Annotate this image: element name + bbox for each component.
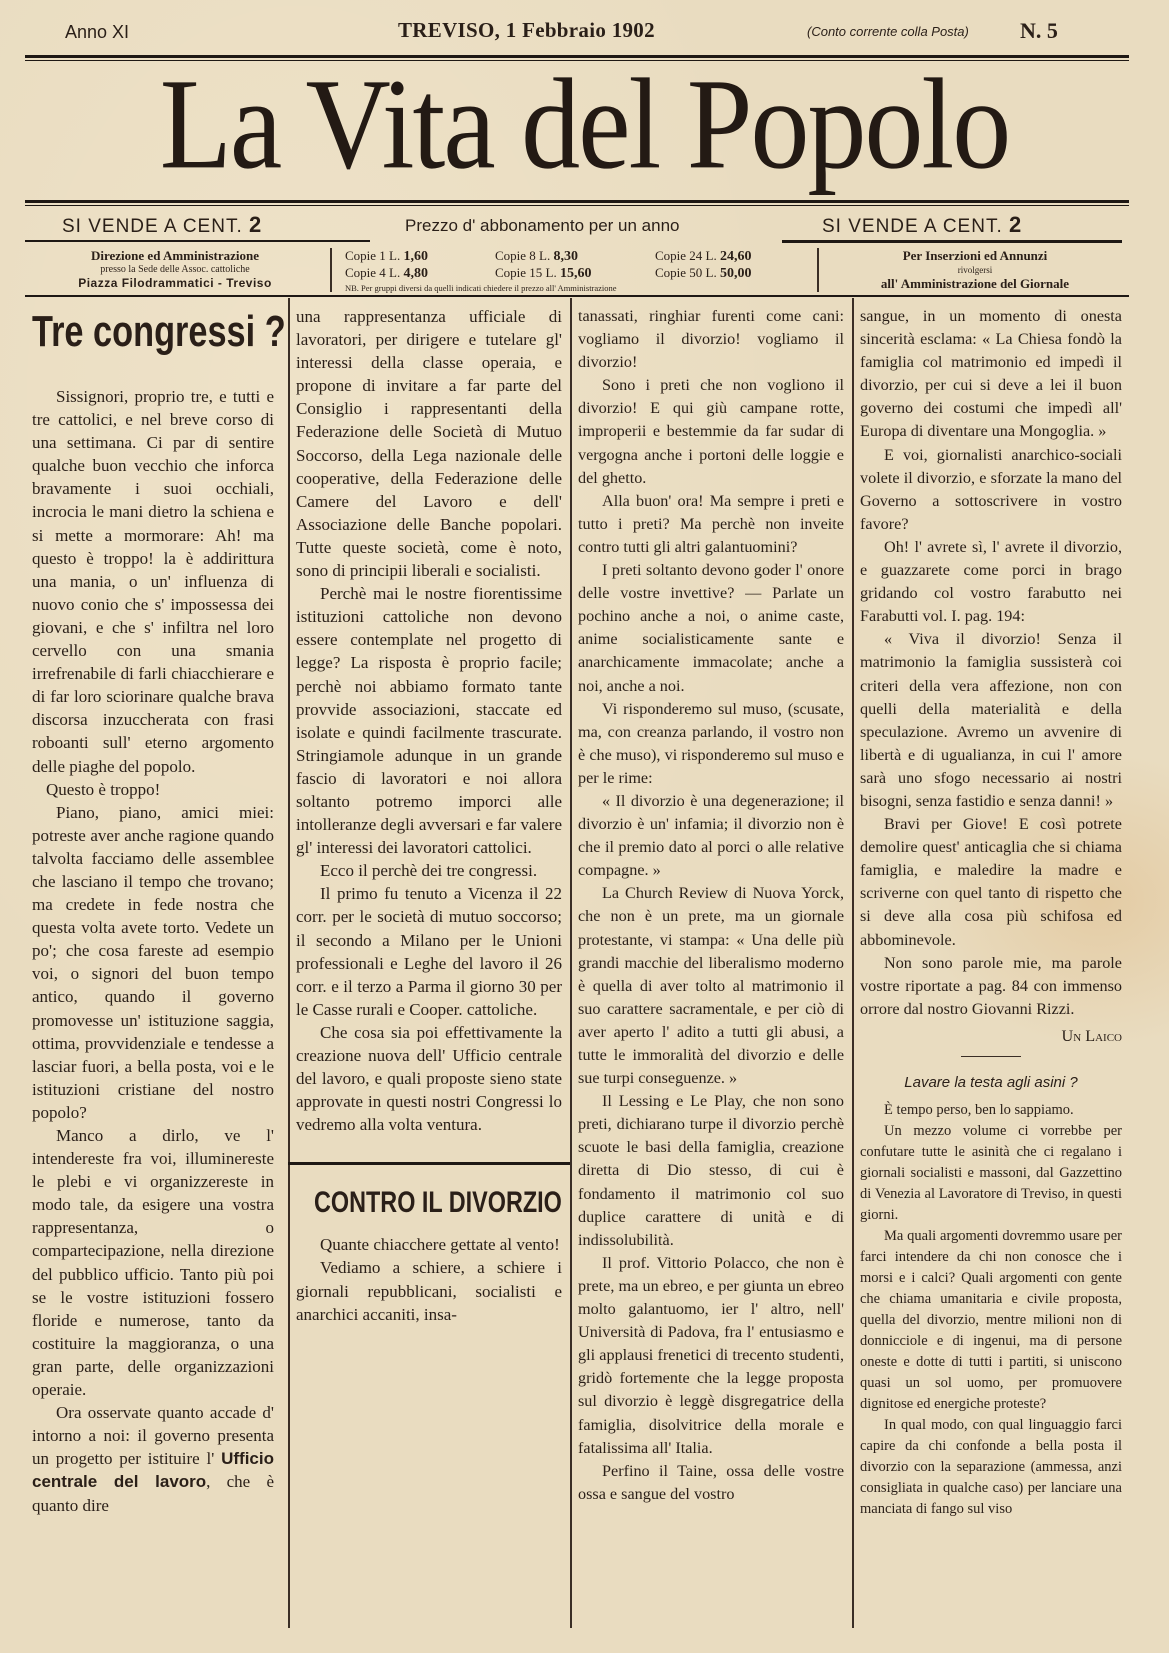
- header-info-band: Direzione ed Amministrazione presso la S…: [25, 248, 1125, 292]
- header-divider-2: [817, 248, 819, 292]
- paragraph: Un mezzo volume ci vorrebbe per confutar…: [860, 1121, 1122, 1226]
- article-title-lavare-la-testa: Lavare la testa agli asini ?: [860, 1071, 1122, 1094]
- paragraph: Il primo fu tenuto a Vicenza il 22 corr.…: [296, 882, 562, 1021]
- column-4: sangue, in un momento di onesta sincerit…: [860, 305, 1122, 1520]
- paragraph: Sono i preti che non vogliono il divorzi…: [578, 374, 844, 489]
- admin-title: Direzione ed Amministrazione: [25, 248, 325, 264]
- issue-number: N. 5: [1020, 18, 1058, 44]
- paragraph: Piano, piano, amici miei: potreste aver …: [32, 801, 274, 1124]
- price-right: SI VENDE A CENT. 2: [822, 212, 1022, 238]
- article-title-contro-il-divorzio: CONTRO IL DIVORZIO: [314, 1183, 507, 1223]
- subscription-note: NB. Per gruppi diversi da quelli indicat…: [345, 282, 825, 294]
- column-divider-3: [852, 298, 854, 1628]
- column-divider-1: [288, 298, 290, 1628]
- paragraph: Ora osservate quanto accade d' intorno a…: [32, 1401, 274, 1516]
- header-divider-1: [330, 248, 332, 292]
- ads-contact: all' Amministrazione del Giornale: [825, 276, 1125, 292]
- article-title-tre-congressi: Tre congressi ?: [32, 307, 221, 357]
- ads-title: Per Inserzioni ed Annunzi: [825, 248, 1125, 264]
- paragraph: una rappresentanza ufficiale di lavorato…: [296, 305, 562, 582]
- column-2: una rappresentanza ufficiale di lavorato…: [296, 305, 562, 1326]
- band-rule-right: [782, 240, 1122, 243]
- paragraph: I preti soltanto devono goder l' onore d…: [578, 559, 844, 698]
- masthead-title: La Vita del Popolo: [0, 64, 1169, 185]
- dateline: TREVISO, 1 Febbraio 1902: [398, 18, 655, 43]
- paragraph: In qual modo, con qual linguaggio farci …: [860, 1415, 1122, 1520]
- year-volume: Anno XI: [65, 22, 129, 43]
- paragraph: È tempo perso, ben lo sappiamo.: [860, 1100, 1122, 1121]
- paragraph: Oh! l' avrete sì, l' avrete il divorzio,…: [860, 536, 1122, 628]
- paragraph: tanassati, ringhiar furenti come cani: v…: [578, 305, 844, 374]
- paragraph: Il Lessing e Le Play, che non sono preti…: [578, 1090, 844, 1252]
- ads-box: Per Inserzioni ed Annunzi rivolgersi all…: [825, 248, 1125, 292]
- paragraph: Non sono parole mie, ma parole vostre ri…: [860, 952, 1122, 1021]
- paragraph: sangue, in un momento di onesta sincerit…: [860, 305, 1122, 444]
- admin-place: Piazza Filodrammatici - Treviso: [25, 276, 325, 291]
- price-left: SI VENDE A CENT. 2: [62, 212, 262, 238]
- paragraph: Ma quali argomenti dovremmo usare per fa…: [860, 1226, 1122, 1415]
- paragraph: Sissignori, proprio tre, e tutti e tre c…: [32, 385, 274, 778]
- columns-top-rule: [25, 295, 1129, 297]
- subscription-row: Copie 1 L. 1,60Copie 8 L. 8,30Copie 24 L…: [345, 248, 825, 265]
- column-divider-2: [570, 298, 572, 1628]
- paragraph: Vediamo a schiere, a schiere i giornali …: [296, 1256, 562, 1325]
- paragraph: Ecco il perchè dei tre congressi.: [296, 859, 562, 882]
- paragraph: Il prof. Vittorio Polacco, che non è pre…: [578, 1252, 844, 1460]
- paragraph: Alla buon' ora! Ma sempre i preti e tutt…: [578, 490, 844, 559]
- article-signature: Un Laico: [860, 1025, 1122, 1048]
- column-1: Tre congressi ? Sissignori, proprio tre,…: [32, 305, 274, 1517]
- column-3: tanassati, ringhiar furenti come cani: v…: [578, 305, 844, 1506]
- paragraph: Perfino il Taine, ossa delle vostre ossa…: [578, 1460, 844, 1506]
- subscription-price-heading: Prezzo d' abbonamento per un anno: [405, 216, 680, 242]
- price-right-value: 2: [1009, 212, 1022, 237]
- quote-paragraph: « Il divorzio è una degenerazione; il di…: [578, 790, 844, 882]
- price-left-value: 2: [249, 212, 262, 237]
- quote-paragraph: « Viva il divorzio! Senza il matrimonio …: [860, 628, 1122, 813]
- paragraph: Quante chiacchere gettate al vento!: [296, 1233, 562, 1256]
- masthead-bottom-rule-thin: [25, 205, 1129, 206]
- paragraph: La Church Review di Nuova Yorck, che non…: [578, 882, 844, 1090]
- price-right-label: SI VENDE A CENT.: [822, 216, 1003, 237]
- article-separator-rule: [288, 1162, 570, 1165]
- ads-contact-verb: rivolgersi: [825, 264, 1125, 276]
- short-separator-rule: [961, 1056, 1021, 1057]
- article3-body: È tempo perso, ben lo sappiamo. Un mezzo…: [860, 1100, 1122, 1520]
- masthead-bottom-rule: [25, 200, 1129, 203]
- paragraph: Questo è troppo!: [32, 778, 274, 801]
- price-left-label: SI VENDE A CENT.: [62, 216, 243, 237]
- admin-box: Direzione ed Amministrazione presso la S…: [25, 248, 325, 291]
- newspaper-page: Anno XI TREVISO, 1 Febbraio 1902 (Conto …: [0, 0, 1169, 1653]
- paragraph: E voi, giornalisti anarchico-sociali vol…: [860, 444, 1122, 536]
- postal-account-note: (Conto corrente colla Posta): [807, 24, 969, 39]
- subscription-table: Copie 1 L. 1,60Copie 8 L. 8,30Copie 24 L…: [345, 248, 825, 294]
- admin-address-line: presso la Sede delle Assoc. cattoliche: [25, 264, 325, 276]
- paragraph: Perchè mai le nostre fiorentissime istit…: [296, 582, 562, 859]
- top-meta-line: Anno XI TREVISO, 1 Febbraio 1902 (Conto …: [35, 18, 1129, 48]
- paragraph: Vi risponderemo sul muso, (scusate, ma, …: [578, 698, 844, 790]
- paragraph: Bravi per Giove! E così potrete demolire…: [860, 813, 1122, 952]
- subscription-row: Copie 4 L. 4,80Copie 15 L. 15,60Copie 50…: [345, 265, 825, 282]
- paragraph: Manco a dirlo, ve l' intendereste fra vo…: [32, 1124, 274, 1401]
- paragraph: Che cosa sia poi effettivamente la creaz…: [296, 1021, 562, 1136]
- band-rule-left: [25, 240, 370, 242]
